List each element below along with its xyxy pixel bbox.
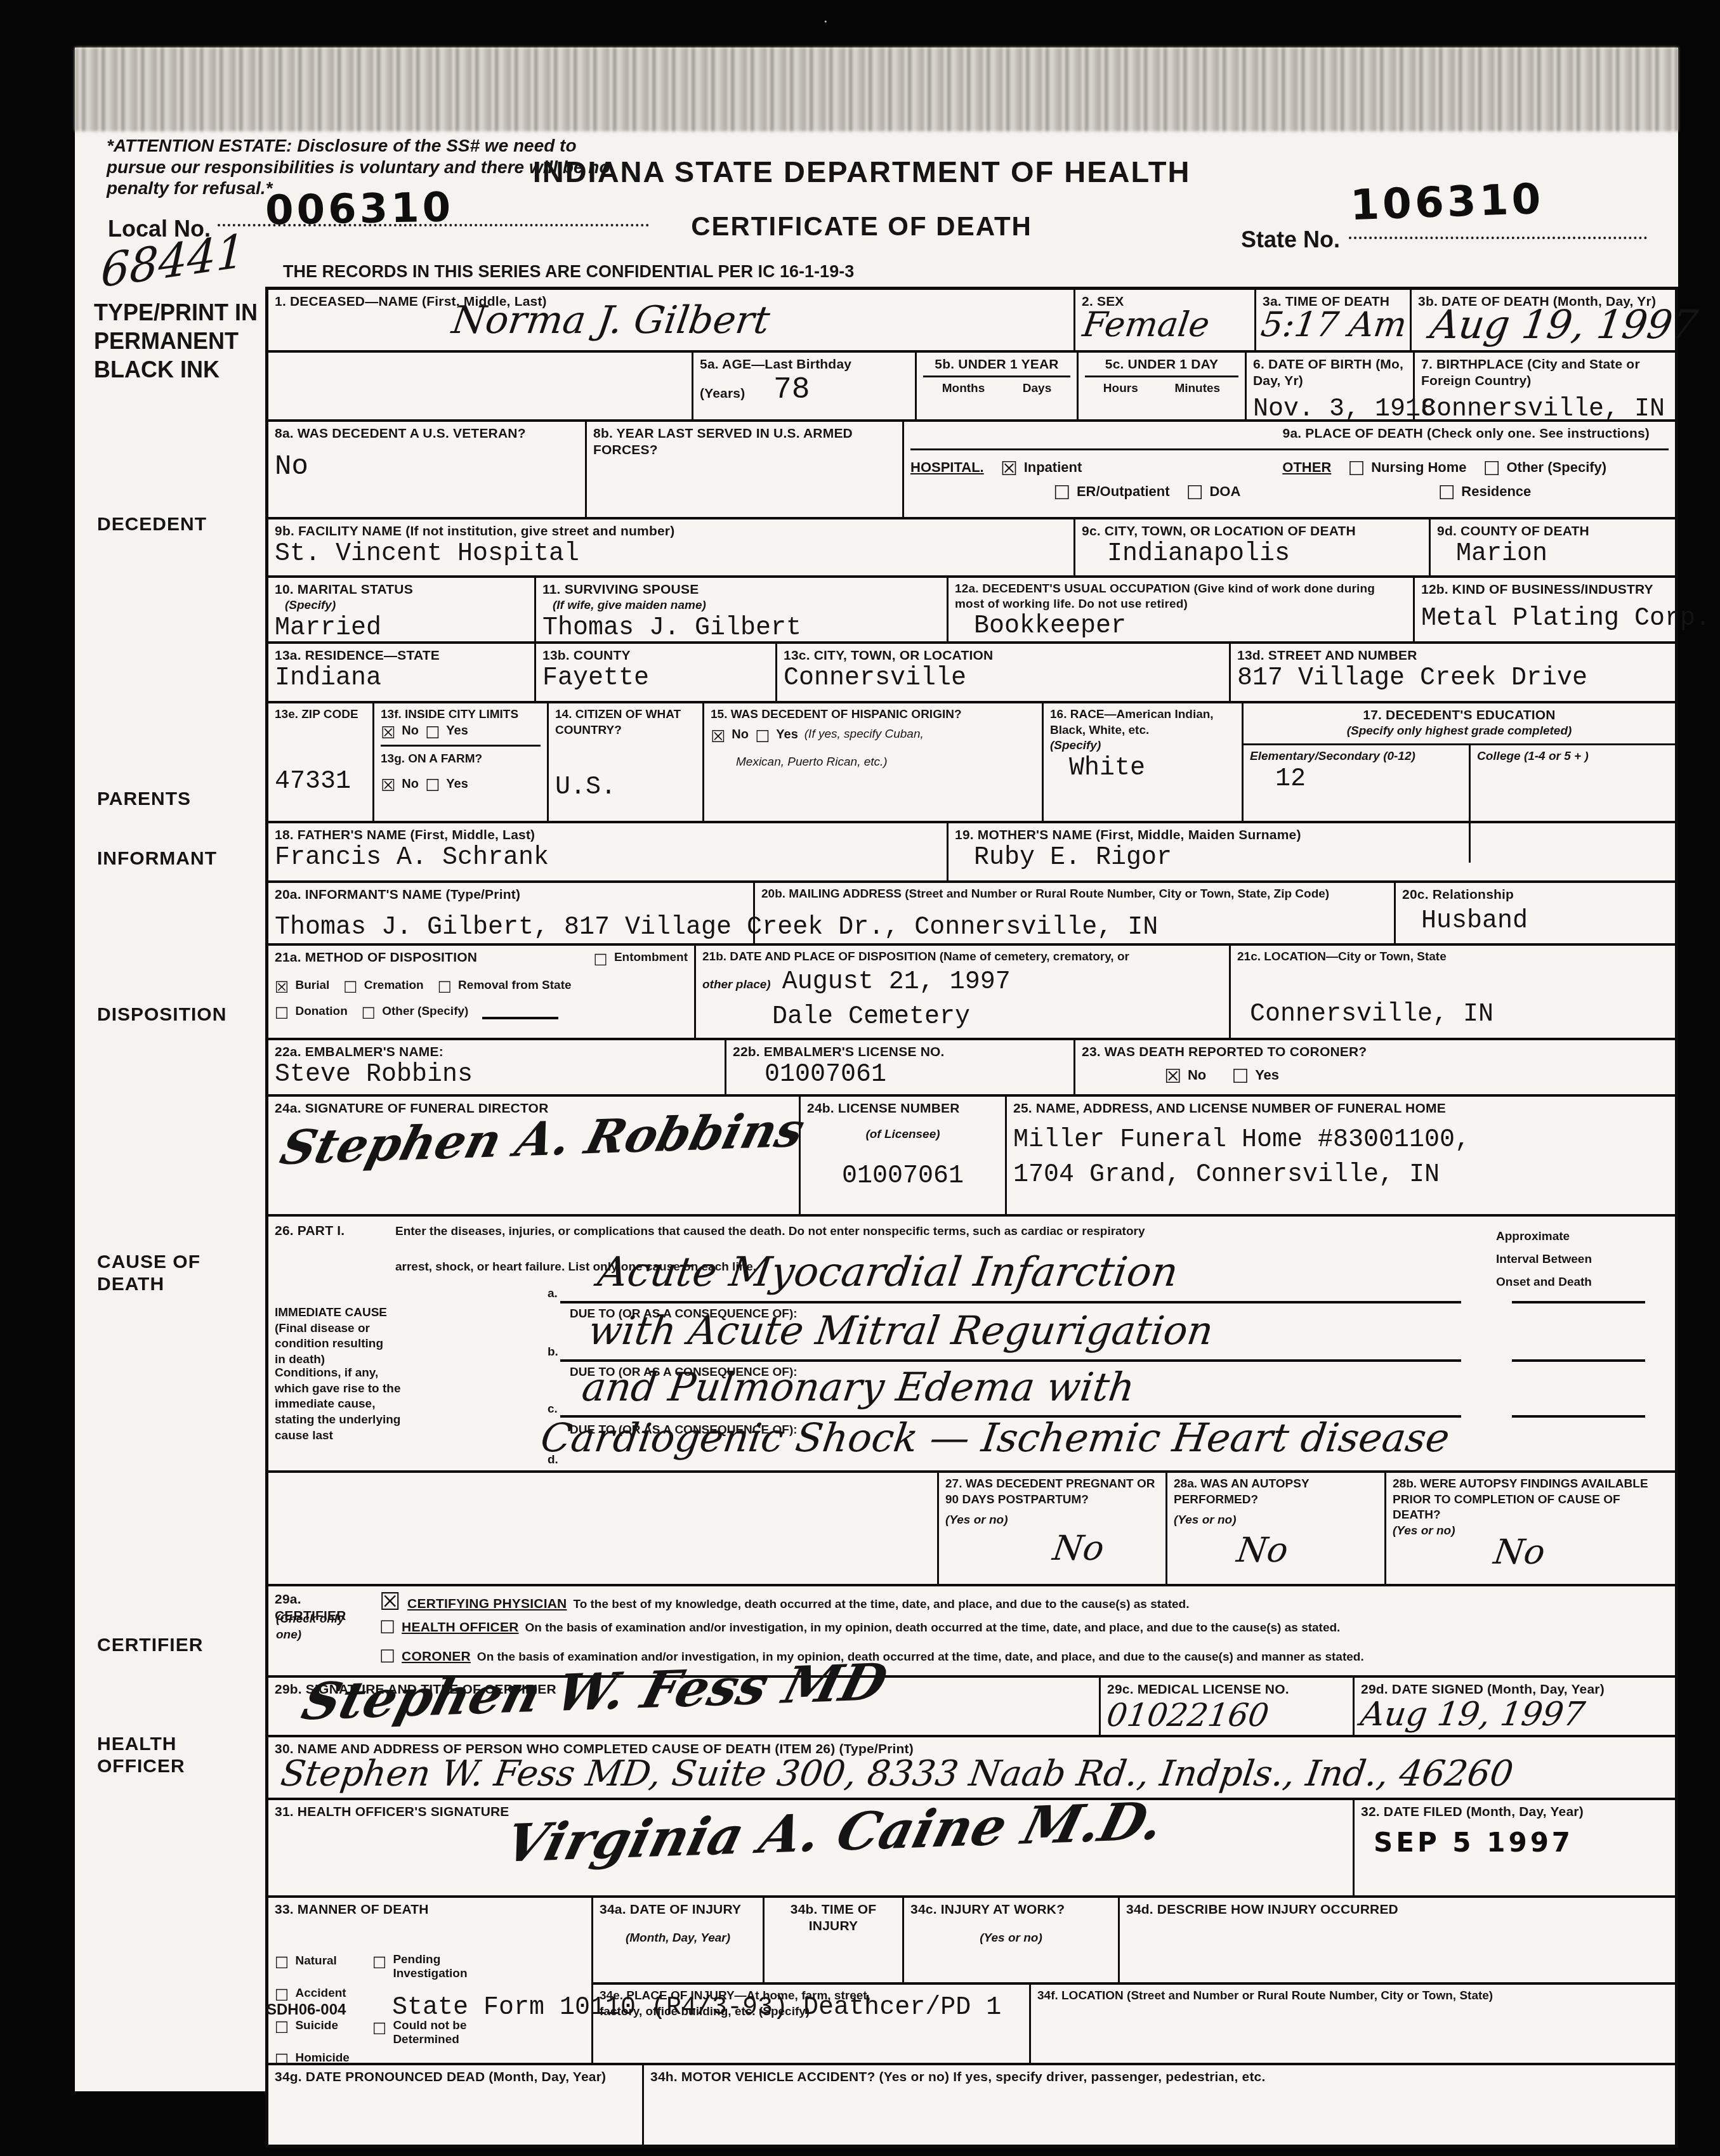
field-sex-value: Female xyxy=(1080,308,1212,342)
field-time-of-injury-label: 34b. TIME OF INJURY xyxy=(771,1902,896,1935)
er-outpatient-label: ER/Outpatient xyxy=(1077,483,1170,500)
row-residence: 13a. RESIDENCE—STATE Indiana 13b. COUNTY… xyxy=(268,644,1675,703)
field-marital-status-label: 10. MARITAL STATUS xyxy=(275,582,528,598)
row-manner-of-death: 33. MANNER OF DEATH ☐Natural ☐Accident ☐… xyxy=(268,1898,1675,2065)
field-pregnant-value: No xyxy=(1051,1531,1106,1565)
field-date-signed: 29d. DATE SIGNED (Month, Day, Year) Aug … xyxy=(1355,1678,1675,1735)
field-time-of-death-value: 5:17 Am xyxy=(1259,308,1408,342)
coroner-yes-checkbox: ☐ xyxy=(1231,1068,1249,1087)
pending-checkbox: ☐ xyxy=(372,1955,386,1971)
field-facility-name-label: 9b. FACILITY NAME (If not institution, g… xyxy=(275,523,1067,540)
field-birthplace-value: Connersville, IN xyxy=(1421,395,1669,424)
donation-label: Donation xyxy=(295,1005,347,1019)
field-disposition-location-label: 21c. LOCATION—City or Town, State xyxy=(1237,950,1669,965)
field-date-filed: 32. DATE FILED (Month, Day, Year) SEP 5 … xyxy=(1355,1800,1675,1895)
field-date-place-disposition-label: 21b. DATE AND PLACE OF DISPOSITION (Name… xyxy=(702,950,1223,965)
field-father-name-label: 18. FATHER'S NAME (First, Middle, Last) xyxy=(275,827,940,844)
field-embalmer-license-label: 22b. EMBALMER'S LICENSE NO. xyxy=(733,1044,1067,1061)
cause-line-b-value: with Acute Mitral Regurigation xyxy=(586,1311,1216,1350)
pending-label: Pending Investigation xyxy=(393,1953,469,1981)
deceased-name-overflow xyxy=(268,353,692,419)
row-veteran-place-of-death: 8a. WAS DECEDENT A U.S. VETERAN? No 8b. … xyxy=(268,422,1675,519)
field-manner-of-death: 33. MANNER OF DEATH ☐Natural ☐Accident ☐… xyxy=(268,1898,593,2063)
field-coroner-reported-label: 23. WAS DEATH REPORTED TO CORONER? xyxy=(1082,1044,1669,1061)
field-age-value: 78 xyxy=(773,373,810,407)
field-occupation: 12a. DECEDENT'S USUAL OCCUPATION (Give k… xyxy=(949,578,1415,641)
certifying-physician-checkbox: ☒ xyxy=(379,1590,401,1614)
donation-checkbox: ☐ xyxy=(275,1005,289,1021)
field-race-value: White xyxy=(1050,754,1235,783)
field-manner-of-death-label: 33. MANNER OF DEATH xyxy=(275,1902,585,1918)
row-zip-race-education: 13e. ZIP CODE 47331 13f. INSIDE CITY LIM… xyxy=(268,703,1675,823)
field-residence-state: 13a. RESIDENCE—STATE Indiana xyxy=(268,644,536,701)
other-specify-label: Other (Specify) xyxy=(1506,459,1606,476)
field-medical-license-value: 01022160 xyxy=(1105,1699,1348,1731)
suicide-label: Suicide xyxy=(295,2019,338,2033)
field-armed-forces-year: 8b. YEAR LAST SERVED IN U.S. ARMED FORCE… xyxy=(587,422,904,517)
field-certifier-sub: (Check only one) xyxy=(276,1612,352,1643)
row-health-officer: 31. HEALTH OFFICER'S SIGNATURE Virginia … xyxy=(268,1800,1675,1898)
entombment-label: Entombment xyxy=(614,951,688,965)
field-autopsy-findings: 28b. WERE AUTOPSY FINDINGS AVAILABLE PRI… xyxy=(1386,1473,1675,1584)
part1-immediate-cause-label: IMMEDIATE CAUSE (Final disease or condit… xyxy=(275,1305,395,1368)
field-coroner-reported: 23. WAS DEATH REPORTED TO CORONER? ☒No ☐… xyxy=(1075,1040,1675,1094)
hispanic-hint: (If yes, specify Cuban, xyxy=(804,727,924,743)
nursing-home-label: Nursing Home xyxy=(1371,459,1466,476)
field-sex: 2. SEX Female xyxy=(1075,290,1256,350)
field-funeral-director-signature: 24a. SIGNATURE OF FUNERAL DIRECTOR Steph… xyxy=(268,1097,801,1214)
hispanic-no-checkbox: ☒ xyxy=(711,729,725,745)
field-informant-name: 20a. INFORMANT'S NAME (Type/Print) Thoma… xyxy=(268,883,755,943)
field-father-name: 18. FATHER'S NAME (First, Middle, Last) … xyxy=(268,823,949,880)
field-date-of-birth: 6. DATE OF BIRTH (Mo, Day, Yr) Nov. 3, 1… xyxy=(1247,353,1415,419)
residence-label: Residence xyxy=(1461,483,1531,500)
field-date-of-birth-label: 6. DATE OF BIRTH (Mo, Day, Yr) xyxy=(1253,356,1407,390)
on-farm-yes-label: Yes xyxy=(446,777,468,792)
inside-city-no-label: No xyxy=(402,724,419,738)
field-citizen-country-label: 14. CITIZEN OF WHAT COUNTRY? xyxy=(555,707,696,738)
field-autopsy-performed-value: No xyxy=(1235,1533,1290,1567)
field-date-place-disposition-label2: other place) xyxy=(702,977,771,993)
field-place-of-death-label: 9a. PLACE OF DEATH (Check only one. See … xyxy=(910,426,1669,442)
field-race-label: 16. RACE—American Indian, Black, White, … xyxy=(1050,707,1235,738)
coroner-no-checkbox: ☒ xyxy=(1164,1068,1181,1087)
field-race: 16. RACE—American Indian, Black, White, … xyxy=(1044,703,1244,821)
field-inside-city-limits-label: 13f. INSIDE CITY LIMITS xyxy=(381,707,541,723)
nursing-home-checkbox: ☐ xyxy=(1348,460,1365,479)
field-residence-street-value: 817 Village Creek Drive xyxy=(1237,664,1669,693)
field-pregnant: 27. WAS DECEDENT PREGNANT OR 90 DAYS POS… xyxy=(939,1473,1167,1584)
field-under-1-year-months: Months xyxy=(942,381,985,397)
field-embalmer-name-label: 22a. EMBALMER'S NAME: xyxy=(275,1044,718,1061)
removal-label: Removal from State xyxy=(458,979,571,993)
field-marital-status-value: Married xyxy=(275,614,528,643)
side-label-certifier: CERTIFIER xyxy=(97,1635,243,1657)
field-veteran: 8a. WAS DECEDENT A U.S. VETERAN? No xyxy=(268,422,587,517)
field-residence-city-value: Connersville xyxy=(784,664,1223,693)
line-b-letter: b. xyxy=(548,1345,558,1361)
coroner-no-label: No xyxy=(1188,1067,1206,1083)
field-birthplace: 7. BIRTHPLACE (City and State or Foreign… xyxy=(1415,353,1675,419)
doa-checkbox: ☐ xyxy=(1186,484,1204,503)
field-autopsy-findings-label: 28b. WERE AUTOPSY FINDINGS AVAILABLE PRI… xyxy=(1393,1477,1669,1524)
row-embalmer: 22a. EMBALMER'S NAME: Steve Robbins 22b.… xyxy=(268,1040,1675,1097)
field-date-pronounced-dead: 34g. DATE PRONOUNCED DEAD (Month, Day, Y… xyxy=(268,2065,644,2145)
field-hispanic-origin-label: 15. WAS DECEDENT OF HISPANIC ORIGIN? xyxy=(711,707,1035,723)
field-informant-relationship: 20c. Relationship Husband xyxy=(1396,883,1675,943)
field-informant-relationship-label: 20c. Relationship xyxy=(1402,887,1669,903)
on-farm-no-checkbox: ☒ xyxy=(381,778,395,794)
field-citizen-country-value: U.S. xyxy=(555,773,696,802)
form-number: SDH06-004 xyxy=(266,2001,346,2019)
field-autopsy-findings-value: No xyxy=(1492,1535,1547,1569)
field-date-of-death: 3b. DATE OF DEATH (Month, Day, Yr) Aug 1… xyxy=(1412,290,1675,350)
field-surviving-spouse: 11. SURVIVING SPOUSE (If wife, give maid… xyxy=(536,578,949,641)
field-funeral-home-value2: 1704 Grand, Connersville, IN xyxy=(1013,1161,1669,1189)
field-how-injury-occurred: 34d. DESCRIBE HOW INJURY OCCURRED xyxy=(1120,1898,1675,1982)
field-facility-name: 9b. FACILITY NAME (If not institution, g… xyxy=(268,519,1075,575)
field-education-sub: (Specify only highest grade completed) xyxy=(1250,724,1669,740)
on-farm-no-label: No xyxy=(402,777,419,792)
health-officer-text: On the basis of examination and/or inves… xyxy=(525,1621,1341,1637)
field-injury-location-label: 34f. LOCATION (Street and Number or Rura… xyxy=(1037,1989,1669,2004)
field-embalmer-license-value: 01007061 xyxy=(733,1061,1067,1089)
health-officer-checkbox: ☐ xyxy=(379,1619,395,1637)
field-residence-state-label: 13a. RESIDENCE—STATE xyxy=(275,648,528,664)
field-surviving-spouse-label: 11. SURVIVING SPOUSE xyxy=(542,582,940,598)
field-under-1-day-minutes: Minutes xyxy=(1174,381,1220,397)
field-zip-label: 13e. ZIP CODE xyxy=(275,707,366,723)
field-date-of-injury-sub: (Month, Day, Year) xyxy=(600,1931,756,1947)
field-hispanic-origin: 15. WAS DECEDENT OF HISPANIC ORIGIN? ☒No… xyxy=(704,703,1044,821)
field-mother-name-value: Ruby E. Rigor xyxy=(955,844,1669,872)
field-method-of-disposition: 21a. METHOD OF DISPOSITION ☐Entombment ☒… xyxy=(268,946,696,1038)
certificate-page: *ATTENTION ESTATE: Disclosure of the SS#… xyxy=(75,48,1678,2091)
field-surviving-spouse-sub: (If wife, give maiden name) xyxy=(542,598,940,614)
inpatient-checkbox: ☒ xyxy=(1001,460,1018,479)
education-elementary-label: Elementary/Secondary (0-12) xyxy=(1250,749,1462,765)
other-disposition-checkbox: ☐ xyxy=(362,1005,376,1021)
field-disposition-date-value: August 21, 1997 xyxy=(782,968,1011,996)
certifying-physician-label: CERTIFYING PHYSICIAN xyxy=(407,1596,567,1612)
part1-label: 26. PART I. xyxy=(275,1223,345,1239)
field-race-sub: (Specify) xyxy=(1050,738,1235,754)
field-motor-vehicle-accident: 34h. MOTOR VEHICLE ACCIDENT? (Yes or no)… xyxy=(644,2065,1675,2145)
certificate-form: 1. DECEASED—NAME (First, Middle, Last) N… xyxy=(265,287,1678,2148)
certifying-physician-text: To the best of my knowledge, death occur… xyxy=(573,1597,1189,1613)
side-label-disposition: DISPOSITION xyxy=(97,1004,243,1026)
coroner-option-checkbox: ☐ xyxy=(379,1648,395,1666)
other-disposition-blank-line xyxy=(482,1003,558,1019)
state-no-label: State No. xyxy=(1241,226,1340,253)
field-funeral-license-number-value: 01007061 xyxy=(807,1162,999,1191)
interval-line-c xyxy=(1512,1361,1645,1418)
cremation-label: Cremation xyxy=(364,979,424,993)
confidential-notice: THE RECORDS IN THIS SERIES ARE CONFIDENT… xyxy=(283,262,854,282)
line-a-letter: a. xyxy=(548,1286,558,1302)
field-zip: 13e. ZIP CODE 47331 xyxy=(268,703,374,821)
field-completed-by-value: Stephen W. Fess MD, Suite 300, 8333 Naab… xyxy=(279,1756,1515,1792)
inside-city-no-checkbox: ☒ xyxy=(381,725,395,742)
inside-city-yes-checkbox: ☐ xyxy=(425,725,440,742)
doa-label: DOA xyxy=(1209,483,1240,500)
field-time-of-injury: 34b. TIME OF INJURY xyxy=(765,1898,904,1982)
field-education: 17. DECEDENT'S EDUCATION (Specify only h… xyxy=(1244,703,1675,821)
field-injury-at-work-label: 34c. INJURY AT WORK? xyxy=(910,1902,1112,1918)
field-education-label: 17. DECEDENT'S EDUCATION xyxy=(1250,707,1669,724)
field-mother-name-label: 19. MOTHER'S NAME (First, Middle, Maiden… xyxy=(955,827,1669,844)
field-occupation-value: Bookkeeper xyxy=(955,612,1407,641)
field-date-of-death-value: Aug 19, 1997 xyxy=(1428,305,1700,344)
scan-noise-strip xyxy=(75,48,1678,131)
removal-checkbox: ☐ xyxy=(438,979,452,995)
cause-line-c-value: and Pulmonary Edema with xyxy=(580,1368,1138,1407)
homicide-label: Homicide xyxy=(295,2051,350,2065)
field-armed-forces-year-label: 8b. YEAR LAST SERVED IN U.S. ARMED FORCE… xyxy=(593,426,896,459)
field-injury-at-work-sub: (Yes or no) xyxy=(910,1931,1112,1947)
hispanic-hint2: Mexican, Puerto Rican, etc.) xyxy=(711,755,1035,771)
hispanic-yes-checkbox: ☐ xyxy=(755,729,770,745)
other-group-label: OTHER xyxy=(1282,458,1331,477)
date-filed-stamp: SEP 5 1997 xyxy=(1361,1827,1669,1858)
field-motor-vehicle-accident-label: 34h. MOTOR VEHICLE ACCIDENT? (Yes or no)… xyxy=(650,2069,1669,2086)
field-medical-license: 29c. MEDICAL LICENSE NO. 01022160 xyxy=(1101,1678,1355,1735)
field-disposition-location: 21c. LOCATION—City or Town, State Conner… xyxy=(1231,946,1675,1038)
health-officer-option-label: HEALTH OFFICER xyxy=(402,1619,518,1636)
field-veteran-label: 8a. WAS DECEDENT A U.S. VETERAN? xyxy=(275,426,579,442)
field-birthplace-label: 7. BIRTHPLACE (City and State or Foreign… xyxy=(1421,356,1669,390)
field-disposition-location-value: Connersville, IN xyxy=(1237,1000,1669,1029)
form-footer-text: State Form 10110 (R4/3-93) Deathcer/PD 1 xyxy=(392,1994,1001,2022)
field-under-1-year-label: 5b. UNDER 1 YEAR xyxy=(923,356,1070,373)
cause-line-a-value: Acute Myocardial Infarction xyxy=(596,1252,1181,1293)
cause-line-a: Acute Myocardial Infarction xyxy=(560,1241,1461,1303)
local-no-stamp: 006310 xyxy=(265,184,454,234)
field-place-of-death: 9a. PLACE OF DEATH (Check only one. See … xyxy=(904,422,1675,517)
cause-of-death-part2 xyxy=(268,1473,939,1584)
cause-line-b: with Acute Mitral Regurigation xyxy=(560,1302,1461,1362)
field-under-1-day: 5c. UNDER 1 DAY Hours Minutes xyxy=(1079,353,1247,419)
inside-city-yes-label: Yes xyxy=(446,724,468,738)
field-date-of-birth-value: Nov. 3, 1918 xyxy=(1253,395,1407,424)
natural-label: Natural xyxy=(295,1954,336,1968)
field-autopsy-findings-sub: (Yes or no) xyxy=(1393,1524,1455,1538)
field-pregnant-sub: (Yes or no) xyxy=(945,1513,1159,1529)
cause-of-death-part1: 26. PART I. Enter the diseases, injuries… xyxy=(268,1217,1675,1470)
field-injury-location: 34f. LOCATION (Street and Number or Rura… xyxy=(1031,1985,1675,2063)
field-funeral-license-number-label: 24b. LICENSE NUMBER xyxy=(807,1101,999,1117)
field-autopsy-performed-sub: (Yes or no) xyxy=(1174,1513,1378,1529)
field-age-sub: (Years) xyxy=(700,386,745,401)
row-informant: 20a. INFORMANT'S NAME (Type/Print) Thoma… xyxy=(268,883,1675,946)
field-residence-city-label: 13c. CITY, TOWN, OR LOCATION xyxy=(784,648,1223,664)
field-county-of-death-value: Marion xyxy=(1437,540,1669,568)
field-date-pronounced-dead-label: 34g. DATE PRONOUNCED DEAD (Month, Day, Y… xyxy=(275,2069,636,2086)
other-specify-checkbox: ☐ xyxy=(1483,460,1500,479)
coroner-option-label: CORONER xyxy=(402,1649,471,1665)
field-father-name-value: Francis A. Schrank xyxy=(275,844,940,872)
interval-line-a xyxy=(1512,1241,1645,1303)
field-residence-street: 13d. STREET AND NUMBER 817 Village Creek… xyxy=(1231,644,1675,701)
hispanic-yes-label: Yes xyxy=(776,728,798,742)
field-date-filed-label: 32. DATE FILED (Month, Day, Year) xyxy=(1361,1804,1669,1820)
field-health-officer-signature: 31. HEALTH OFFICER'S SIGNATURE Virginia … xyxy=(268,1800,1355,1895)
state-no-stamp: 106310 xyxy=(1349,174,1545,230)
field-inside-city-limits: 13f. INSIDE CITY LIMITS ☒No ☐Yes 13g. ON… xyxy=(374,703,549,821)
type-print-instruction: TYPE/PRINT IN PERMANENT BLACK INK xyxy=(94,298,259,384)
field-on-farm-label: 13g. ON A FARM? xyxy=(381,752,541,768)
field-certifier: 29a. CERTIFIER (Check only one) ☒ CERTIF… xyxy=(268,1586,1675,1675)
row-pronounced-dead: 34g. DATE PRONOUNCED DEAD (Month, Day, Y… xyxy=(268,2065,1675,2145)
field-embalmer-name: 22a. EMBALMER'S NAME: Steve Robbins xyxy=(268,1040,726,1094)
field-residence-state-value: Indiana xyxy=(275,664,528,693)
field-informant-address: 20b. MAILING ADDRESS (Street and Number … xyxy=(755,883,1396,943)
field-under-1-day-label: 5c. UNDER 1 DAY xyxy=(1085,356,1238,373)
row-age-birth: 5a. AGE—Last Birthday (Years) 78 5b. UND… xyxy=(268,353,1675,422)
field-marital-status: 10. MARITAL STATUS (Specify) Married xyxy=(268,578,536,641)
side-label-parents: PARENTS xyxy=(97,788,243,811)
field-surviving-spouse-value: Thomas J. Gilbert xyxy=(542,614,940,643)
row-facility: 9b. FACILITY NAME (If not institution, g… xyxy=(268,519,1675,578)
field-county-of-death-label: 9d. COUNTY OF DEATH xyxy=(1437,523,1669,540)
field-city-of-death: 9c. CITY, TOWN, OR LOCATION OF DEATH Ind… xyxy=(1075,519,1431,575)
field-time-of-death: 3a. TIME OF DEATH 5:17 Am xyxy=(1256,290,1412,350)
field-informant-address-label: 20b. MAILING ADDRESS (Street and Number … xyxy=(761,887,1388,903)
field-disposition-place-value: Dale Cemetery xyxy=(702,1003,1223,1031)
row-certifier-type: 29a. CERTIFIER (Check only one) ☒ CERTIF… xyxy=(268,1586,1675,1678)
residence-checkbox: ☐ xyxy=(1438,484,1455,503)
field-residence-street-label: 13d. STREET AND NUMBER xyxy=(1237,648,1669,664)
row-deceased: 1. DECEASED—NAME (First, Middle, Last) N… xyxy=(268,290,1675,353)
field-zip-value: 47331 xyxy=(275,768,366,796)
side-label-cause-of-death: CAUSE OF DEATH xyxy=(97,1251,243,1295)
side-label-decedent: DECEDENT xyxy=(97,514,243,536)
field-age: 5a. AGE—Last Birthday (Years) 78 xyxy=(692,353,917,419)
field-veteran-value: No xyxy=(275,451,579,483)
field-completed-by: 30. NAME AND ADDRESS OF PERSON WHO COMPL… xyxy=(268,1737,1675,1798)
field-residence-county-value: Fayette xyxy=(542,664,769,693)
field-pregnant-label: 27. WAS DECEDENT PREGNANT OR 90 DAYS POS… xyxy=(945,1477,1159,1508)
field-facility-name-value: St. Vincent Hospital xyxy=(275,540,1067,568)
field-residence-county-label: 13b. COUNTY xyxy=(542,648,769,664)
part1-conditions-label: Conditions, if any, which gave rise to t… xyxy=(275,1366,402,1444)
field-deceased-name: 1. DECEASED—NAME (First, Middle, Last) N… xyxy=(268,290,1075,350)
field-city-of-death-value: Indianapolis xyxy=(1082,540,1422,568)
field-date-of-injury-label: 34a. DATE OF INJURY xyxy=(600,1902,756,1918)
row-marital-occupation: 10. MARITAL STATUS (Specify) Married 11.… xyxy=(268,578,1675,644)
coroner-yes-label: Yes xyxy=(1255,1067,1279,1083)
burial-checkbox: ☒ xyxy=(275,979,289,995)
field-certifier-signature: 29b. SIGNATURE AND TITLE OF CERTIFIER St… xyxy=(268,1678,1101,1735)
field-informant-name-label: 20a. INFORMANT'S NAME (Type/Print) xyxy=(275,887,747,903)
field-funeral-license-number: 24b. LICENSE NUMBER (of Licensee) 010070… xyxy=(801,1097,1007,1214)
row-disposition: 21a. METHOD OF DISPOSITION ☐Entombment ☒… xyxy=(268,946,1675,1040)
interval-line-b xyxy=(1512,1302,1645,1362)
field-date-place-disposition: 21b. DATE AND PLACE OF DISPOSITION (Name… xyxy=(696,946,1231,1038)
education-elementary-value: 12 xyxy=(1250,765,1462,794)
field-business-industry: 12b. KIND OF BUSINESS/INDUSTRY Metal Pla… xyxy=(1415,578,1675,641)
field-autopsy-performed-label: 28a. WAS AN AUTOPSY PERFORMED? xyxy=(1174,1477,1378,1508)
er-outpatient-checkbox: ☐ xyxy=(1053,484,1070,503)
row-cause-of-death-part2: 27. WAS DECEDENT PREGNANT OR 90 DAYS POS… xyxy=(268,1473,1675,1586)
other-disposition-label: Other (Specify) xyxy=(382,1005,468,1019)
field-mother-name: 19. MOTHER'S NAME (First, Middle, Maiden… xyxy=(949,823,1675,880)
field-how-injury-occurred-label: 34d. DESCRIBE HOW INJURY OCCURRED xyxy=(1126,1902,1669,1918)
natural-checkbox: ☐ xyxy=(275,1955,289,1971)
field-funeral-home-value1: Miller Funeral Home #83001100, xyxy=(1013,1126,1669,1154)
on-farm-yes-checkbox: ☐ xyxy=(425,778,440,794)
undetermined-checkbox: ☐ xyxy=(372,2021,386,2037)
field-date-signed-value: Aug 19, 1997 xyxy=(1358,1698,1671,1731)
field-occupation-label: 12a. DECEDENT'S USUAL OCCUPATION (Give k… xyxy=(955,582,1407,612)
side-label-health-officer: HEALTH OFFICER xyxy=(97,1734,243,1777)
field-under-1-year-days: Days xyxy=(1023,381,1051,397)
field-business-industry-value: Metal Plating Corp. xyxy=(1421,604,1669,633)
hispanic-no-label: No xyxy=(732,728,749,742)
burial-label: Burial xyxy=(295,979,329,993)
part1-instruction1: Enter the diseases, injuries, or complic… xyxy=(395,1224,1315,1240)
row-certifier-signature: 29b. SIGNATURE AND TITLE OF CERTIFIER St… xyxy=(268,1678,1675,1737)
row-funeral-director: 24a. SIGNATURE OF FUNERAL DIRECTOR Steph… xyxy=(268,1097,1675,1217)
field-medical-license-label: 29c. MEDICAL LICENSE NO. xyxy=(1107,1682,1346,1698)
cause-line-d-value: Cardiogenic Shock — Ischemic Heart disea… xyxy=(539,1418,1452,1458)
hospital-group-label: HOSPITAL. xyxy=(910,458,984,477)
field-embalmer-name-value: Steve Robbins xyxy=(275,1061,718,1089)
entombment-checkbox: ☐ xyxy=(593,952,607,968)
field-business-industry-label: 12b. KIND OF BUSINESS/INDUSTRY xyxy=(1421,582,1669,598)
field-residence-county: 13b. COUNTY Fayette xyxy=(536,644,777,701)
cremation-checkbox: ☐ xyxy=(343,979,357,995)
field-funeral-home-label: 25. NAME, ADDRESS, AND LICENSE NUMBER OF… xyxy=(1013,1101,1669,1117)
field-autopsy-performed: 28a. WAS AN AUTOPSY PERFORMED? (Yes or n… xyxy=(1167,1473,1386,1584)
field-date-of-injury: 34a. DATE OF INJURY (Month, Day, Year) xyxy=(593,1898,765,1982)
field-county-of-death: 9d. COUNTY OF DEATH Marion xyxy=(1431,519,1675,575)
field-citizen-country: 14. CITIZEN OF WHAT COUNTRY? U.S. xyxy=(549,703,704,821)
cause-line-c: and Pulmonary Edema with xyxy=(560,1361,1461,1418)
field-age-label: 5a. AGE—Last Birthday xyxy=(700,356,909,373)
accident-label: Accident xyxy=(295,1987,346,2001)
field-city-of-death-label: 9c. CITY, TOWN, OR LOCATION OF DEATH xyxy=(1082,523,1422,540)
scanned-death-certificate: *ATTENTION ESTATE: Disclosure of the SS#… xyxy=(0,0,1720,2156)
field-embalmer-license: 22b. EMBALMER'S LICENSE NO. 01007061 xyxy=(726,1040,1075,1094)
side-label-informant: INFORMANT xyxy=(97,848,243,870)
field-funeral-home: 25. NAME, ADDRESS, AND LICENSE NUMBER OF… xyxy=(1007,1097,1675,1214)
field-under-1-day-hours: Hours xyxy=(1103,381,1138,397)
row-parents: 18. FATHER'S NAME (First, Middle, Last) … xyxy=(268,823,1675,883)
field-residence-city: 13c. CITY, TOWN, OR LOCATION Connersvill… xyxy=(777,644,1231,701)
undetermined-label: Could not be Determined xyxy=(393,2019,469,2047)
field-under-1-year: 5b. UNDER 1 YEAR Months Days xyxy=(917,353,1079,419)
form-subtitle: CERTIFICATE OF DEATH xyxy=(506,211,1217,242)
field-informant-relationship-value: Husband xyxy=(1402,907,1669,936)
field-deceased-name-value: Norma J. Gilbert xyxy=(450,301,772,339)
field-marital-status-sub: (Specify) xyxy=(275,598,528,614)
education-college-label: College (1-4 or 5 + ) xyxy=(1477,749,1669,765)
row-cause-of-death-part1: 26. PART I. Enter the diseases, injuries… xyxy=(268,1217,1675,1473)
field-method-of-disposition-label: 21a. METHOD OF DISPOSITION xyxy=(275,950,477,966)
field-funeral-license-number-sub: (of Licensee) xyxy=(807,1127,999,1143)
row-completed-by: 30. NAME AND ADDRESS OF PERSON WHO COMPL… xyxy=(268,1737,1675,1800)
form-title: INDIANA STATE DEPARTMENT OF HEALTH xyxy=(506,154,1217,189)
field-injury-at-work: 34c. INJURY AT WORK? (Yes or no) xyxy=(904,1898,1120,1982)
inpatient-label: Inpatient xyxy=(1024,459,1082,476)
suicide-checkbox: ☐ xyxy=(275,2020,289,2035)
